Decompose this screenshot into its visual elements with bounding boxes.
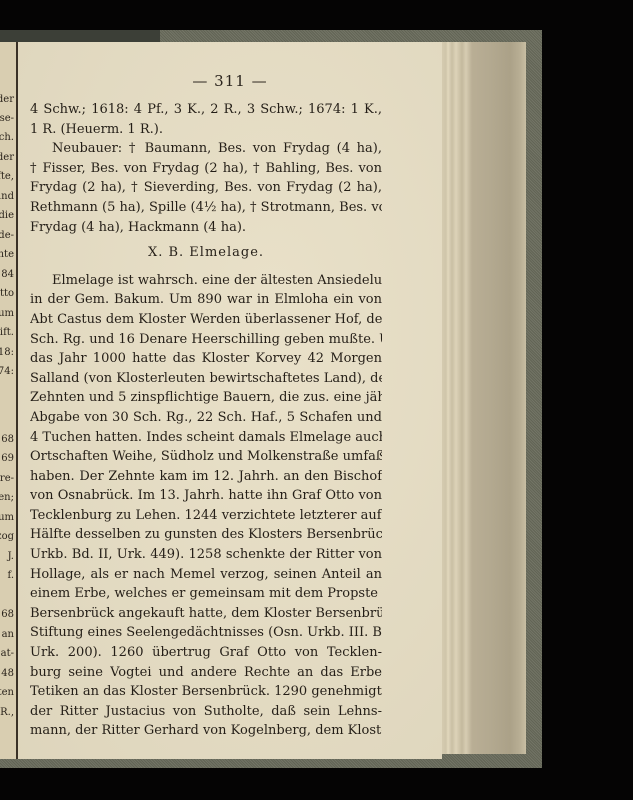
left-page-text-fragment: zog [0, 531, 14, 542]
page-body: 4 Schw.; 1618: 4 Pf., 3 K., 2 R., 3 Schw… [30, 100, 382, 741]
book-page: — 311 — 4 Schw.; 1618: 4 Pf., 3 K., 2 R.… [18, 42, 442, 759]
left-page-text-fragment: en; [0, 492, 14, 503]
left-page-text-fragment: se- [0, 113, 14, 124]
page-number: — 311 — [18, 72, 442, 90]
text-line: 1 R. (Heuerm. 1 R.). [30, 120, 382, 140]
text-line: Abgabe von 30 Sch. Rg., 22 Sch. Haf., 5 … [30, 408, 382, 428]
text-line: von Osnabrück. Im 13. Jahrh. hatte ihn G… [30, 486, 382, 506]
left-page-text-fragment: 68 [1, 434, 14, 445]
left-page-text-fragment: um [0, 512, 14, 523]
text-line: haben. Der Zehnte kam im 12. Jahrh. an d… [30, 467, 382, 487]
text-line: † Fisser, Bes. von Frydag (2 ha), † Bahl… [30, 159, 382, 179]
text-line: burg seine Vogtei und andere Rechte an d… [30, 663, 382, 683]
text-line: Hälfte desselben zu gunsten des Klosters… [30, 525, 382, 545]
text-line: das Jahr 1000 hatte das Kloster Korvey 4… [30, 349, 382, 369]
text-line: mann, der Ritter Gerhard von Kogelnberg,… [30, 721, 382, 741]
left-page-text-fragment: an [2, 629, 14, 640]
text-line: Salland (von Klosterleuten bewirtschafte… [30, 369, 382, 389]
text-line: Abt Castus dem Kloster Werden überlassen… [30, 310, 382, 330]
left-page-text-fragment: fte, [0, 171, 14, 182]
left-page-text-fragment: ten [0, 687, 14, 698]
left-page-text-fragment: der [0, 94, 14, 105]
cover-edge [0, 30, 160, 42]
section-heading: X. B. Elmelage. [30, 243, 382, 263]
left-page-text-fragment: der [0, 152, 14, 163]
text-line: Sch. Rg. und 16 Denare Heerschilling geb… [30, 330, 382, 350]
page-edges [440, 42, 526, 754]
left-page-text-fragment: 69 [1, 453, 14, 464]
text-line: Bersenbrück angekauft hatte, dem Kloster… [30, 604, 382, 624]
text-line: Frydag (2 ha), † Sieverding, Bes. von Fr… [30, 178, 382, 198]
paragraph-1: 4 Schw.; 1618: 4 Pf., 3 K., 2 R., 3 Schw… [30, 100, 382, 139]
paragraph-3: Elmelage ist wahrsch. eine der ältesten … [30, 271, 382, 741]
text-line: Rethmann (5 ha), Spille (4½ ha), † Strot… [30, 198, 382, 218]
paragraph-2: Neubauer: † Baumann, Bes. von Frydag (4 … [30, 139, 382, 237]
left-page-text-fragment: nte [0, 249, 14, 260]
left-page-text-fragment: de- [0, 230, 14, 241]
text-line: Tecklenburg zu Lehen. 1244 verzichtete l… [30, 506, 382, 526]
text-line: Hollage, als er nach Memel verzog, seine… [30, 565, 382, 585]
text-line: Ortschaften Weihe, Südholz und Molkenstr… [30, 447, 382, 467]
left-page-text-fragment: um [0, 308, 14, 319]
left-page-text-fragment: f. [7, 570, 14, 581]
text-line: Zehnten und 5 zinspflichtige Bauern, die… [30, 388, 382, 408]
left-page-text-fragment: re- [0, 473, 14, 484]
text-line: 4 Tuchen hatten. Indes scheint damals El… [30, 428, 382, 448]
text-line: der Ritter Justacius von Sutholte, daß s… [30, 702, 382, 722]
left-page-text-fragment: und [0, 191, 14, 202]
text-line: Neubauer: † Baumann, Bes. von Frydag (4 … [30, 139, 382, 159]
left-page-text-fragment: R., [0, 707, 14, 718]
text-line: Stiftung eines Seelengedächtnisses (Osn.… [30, 623, 382, 643]
left-page-fragment: derse-ch.derfte,unddiede-nte84ttoumift.1… [0, 42, 16, 759]
text-line: Tetiken an das Kloster Bersenbrück. 1290… [30, 682, 382, 702]
left-page-text-fragment: ch. [0, 132, 14, 143]
left-page-text-fragment: 68 [1, 609, 14, 620]
left-page-text-fragment: at- [1, 648, 14, 659]
text-line: 4 Schw.; 1618: 4 Pf., 3 K., 2 R., 3 Schw… [30, 100, 382, 120]
text-line: in der Gem. Bakum. Um 890 war in Elmloha… [30, 290, 382, 310]
left-page-text-fragment: 18: [0, 347, 14, 358]
left-page-text-fragment: 48 [1, 668, 14, 679]
left-page-text-fragment: 84 [1, 269, 14, 280]
left-page-text-fragment: 74: [0, 366, 14, 377]
text-line: Urk. 200). 1260 übertrug Graf Otto von T… [30, 643, 382, 663]
text-line: Elmelage ist wahrsch. eine der ältesten … [30, 271, 382, 291]
left-page-text-fragment: die [0, 210, 14, 221]
left-page-text-fragment: tto [0, 288, 14, 299]
text-line: Urkb. Bd. II, Urk. 449). 1258 schenkte d… [30, 545, 382, 565]
left-page-text-fragment: ift. [0, 327, 14, 338]
text-line: einem Erbe, welches er gemeinsam mit dem… [30, 584, 382, 604]
text-line: Frydag (4 ha), Hackmann (4 ha). [30, 218, 382, 238]
left-page-text-fragment: J. [8, 551, 14, 562]
